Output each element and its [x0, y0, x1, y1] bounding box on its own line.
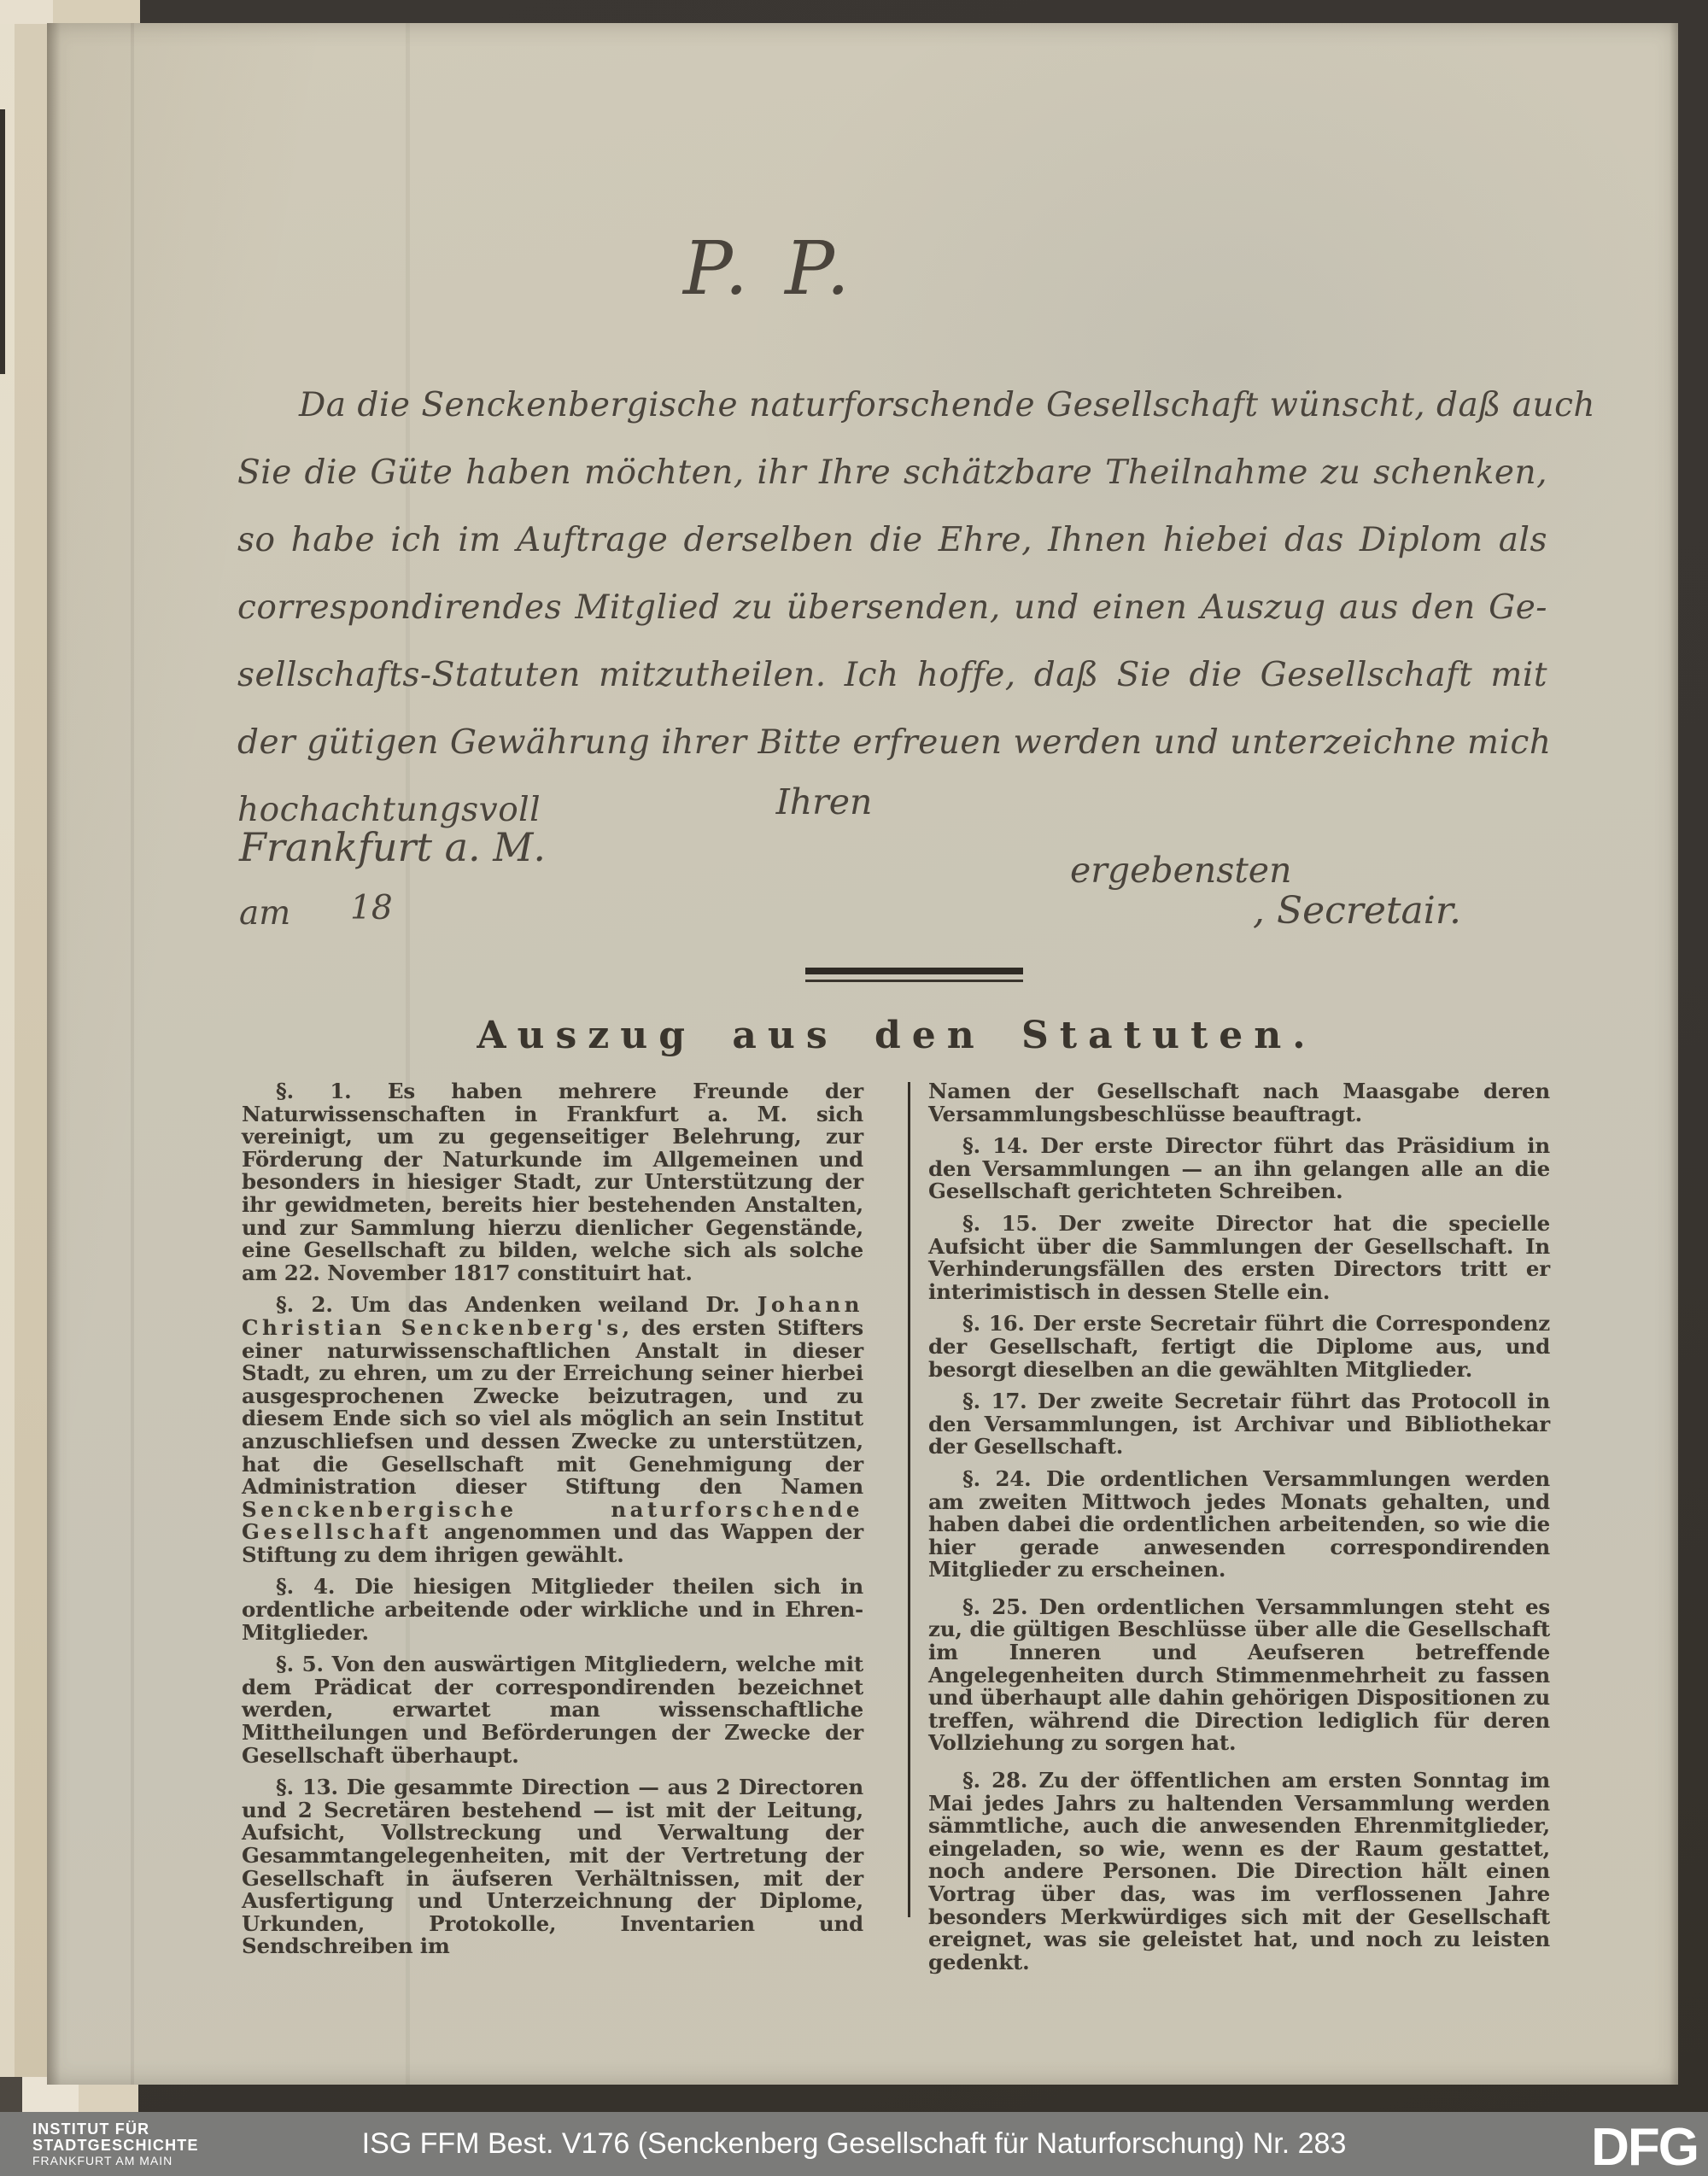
statute-paragraph-14: §. 14. Der erste Director führt das Präs… [928, 1135, 1550, 1203]
paper-scrap-top-left-beige [53, 0, 140, 24]
statute-paragraph-17: §. 17. Der zweite Secretair führt das Pr… [928, 1390, 1550, 1459]
paper-scrap-top-left-light [0, 0, 53, 24]
letter-signature-role: , Secretair. [1253, 889, 1461, 933]
separator-rule [805, 968, 1023, 982]
statutes-left-column: §. 1. Es haben mehrere Freunde der Natur… [242, 1080, 863, 1968]
statute-2-pre: §. 2. Um das Andenken weiland Dr. [276, 1292, 757, 1317]
statute-paragraph-13: §. 13. Die gesammte Direction — aus 2 Di… [242, 1776, 863, 1958]
statute-paragraph-2: §. 2. Um das Andenken weiland Dr. Johann… [242, 1294, 863, 1566]
column-divider-rule [908, 1082, 910, 1917]
statute-paragraph-13-continued: Namen der Gesellschaft nach Maasgabe der… [928, 1080, 1550, 1126]
letter-salutation: P. P. [683, 226, 857, 312]
statutes-heading: Auszug aus den Statuten. [242, 1014, 1552, 1057]
scan-edge-mark [0, 109, 5, 374]
letter-line: Sie die Güte haben möchten, ihr Ihre sch… [237, 439, 1547, 506]
statute-paragraph-1: §. 1. Es haben mehrere Freunde der Natur… [242, 1080, 863, 1284]
letter-line: Da die Senckenbergische naturforschende … [237, 371, 1547, 439]
archive-footer-bar: INSTITUT FÜR STADTGESCHICHTE FRANKFURT A… [0, 2112, 1708, 2176]
statutes-right-column: Namen der Gesellschaft nach Maasgabe der… [928, 1080, 1550, 1983]
statute-paragraph-16: §. 16. Der erste Secretair führt die Cor… [928, 1313, 1550, 1381]
letter-line: correspondirendes Mitglied zu übersenden… [237, 574, 1547, 641]
page-fold-shadow [47, 23, 61, 2085]
letter-closing-word: ergebensten [1070, 850, 1291, 891]
paper-strip-left-inner [15, 0, 49, 2112]
letter-line: sellschafts-Statuten mitzutheilen. Ich h… [237, 641, 1547, 709]
page-crease [131, 23, 134, 2085]
paper-scrap-bottom-left-dark [0, 2077, 22, 2112]
statute-2-mid: , des ersten Stifters einer naturwissens… [242, 1315, 863, 1499]
page-edge-shadow [1670, 23, 1678, 2085]
statute-paragraph-24: §. 24. Die ordentlichen Versammlungen we… [928, 1468, 1550, 1582]
letter-date-partial-year: 18 [350, 889, 393, 927]
letter-closing-pronoun: Ihren [662, 781, 986, 822]
letter-line: der gütigen Gewährung ihrer Bitte erfreu… [237, 709, 1547, 776]
archive-reference-text: ISG FFM Best. V176 (Senckenberg Gesellsc… [0, 2127, 1708, 2161]
letter-date-prefix: am [239, 894, 290, 933]
statute-paragraph-15: §. 15. Der zweite Director hat die speci… [928, 1213, 1550, 1303]
statute-paragraph-25: §. 25. Den ordentlichen Versammlungen st… [928, 1596, 1550, 1755]
statute-paragraph-28: §. 28. Zu der öffentlichen am ersten Son… [928, 1769, 1550, 1974]
dfg-logo: DFG [1591, 2117, 1698, 2176]
statute-paragraph-4: §. 4. Die hiesigen Mitglieder theilen si… [242, 1576, 863, 1644]
letter-line: so habe ich im Auftrage derselben die Eh… [237, 506, 1547, 574]
letter-body: Da die Senckenbergische naturforschende … [237, 371, 1547, 844]
letter-place: Frankfurt a. M. [239, 824, 546, 870]
scanned-document: P. P. Da die Senckenbergische naturforsc… [0, 0, 1708, 2176]
document-page: P. P. Da die Senckenbergische naturforsc… [47, 23, 1678, 2085]
statute-paragraph-5: §. 5. Von den auswärtigen Mitgliedern, w… [242, 1653, 863, 1767]
